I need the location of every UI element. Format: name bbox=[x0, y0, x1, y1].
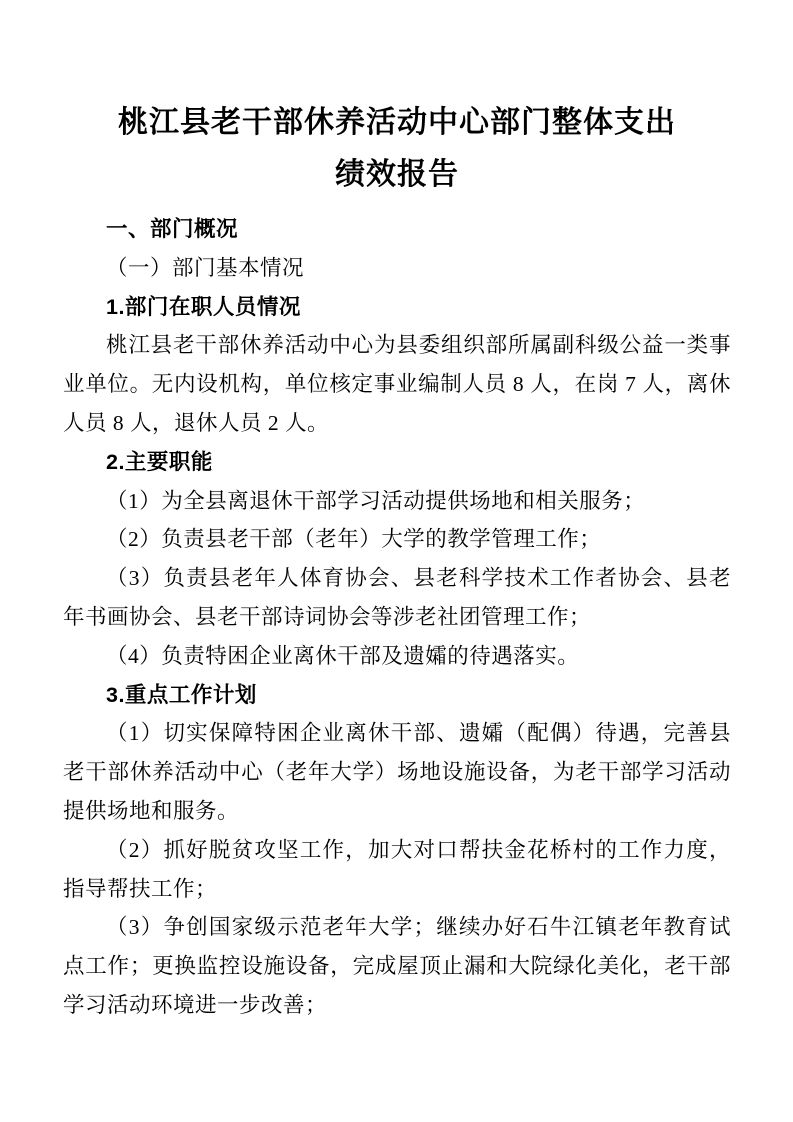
paragraph-function-1: （1）为全县离退休干部学习活动提供场地和相关服务； bbox=[63, 482, 731, 521]
document-page: 桃江县老干部休养活动中心部门整体支出 绩效报告 一、部门概况 （一）部门基本情况… bbox=[0, 0, 793, 1122]
paragraph-function-4: （4）负责特困企业离休干部及遗孀的待遇落实。 bbox=[63, 637, 731, 676]
document-title-line2: 绩效报告 bbox=[63, 149, 731, 201]
paragraph-plan-3: （3）争创国家级示范老年大学；继续办好石牛江镇老年教育试点工作；更换监控设施设备… bbox=[63, 908, 731, 1024]
paragraph-function-2: （2）负责县老干部（老年）大学的教学管理工作； bbox=[63, 520, 731, 559]
paragraph-staffing-details: 桃江县老干部休养活动中心为县委组织部所属副科级公益一类事业单位。无内设机构，单位… bbox=[63, 326, 731, 442]
document-title: 桃江县老干部休养活动中心部门整体支出 绩效报告 bbox=[63, 97, 731, 201]
heading-item-staffing: 1.部门在职人员情况 bbox=[63, 288, 731, 327]
paragraph-plan-1: （1）切实保障特困企业离休干部、遗孀（配偶）待遇，完善县老干部休养活动中心（老年… bbox=[63, 714, 731, 830]
heading-section-overview: 一、部门概况 bbox=[63, 210, 731, 249]
document-title-line1: 桃江县老干部休养活动中心部门整体支出 bbox=[63, 97, 731, 149]
heading-item-main-functions: 2.主要职能 bbox=[63, 443, 731, 482]
heading-item-key-work-plan: 3.重点工作计划 bbox=[63, 676, 731, 715]
heading-subsection-basic-info: （一）部门基本情况 bbox=[63, 249, 731, 288]
document-body: 一、部门概况 （一）部门基本情况 1.部门在职人员情况 桃江县老干部休养活动中心… bbox=[63, 210, 731, 1025]
paragraph-function-3: （3）负责县老年人体育协会、县老科学技术工作者协会、县老年书画协会、县老干部诗词… bbox=[63, 559, 731, 637]
paragraph-plan-2: （2）抓好脱贫攻坚工作，加大对口帮扶金花桥村的工作力度，指导帮扶工作； bbox=[63, 831, 731, 909]
